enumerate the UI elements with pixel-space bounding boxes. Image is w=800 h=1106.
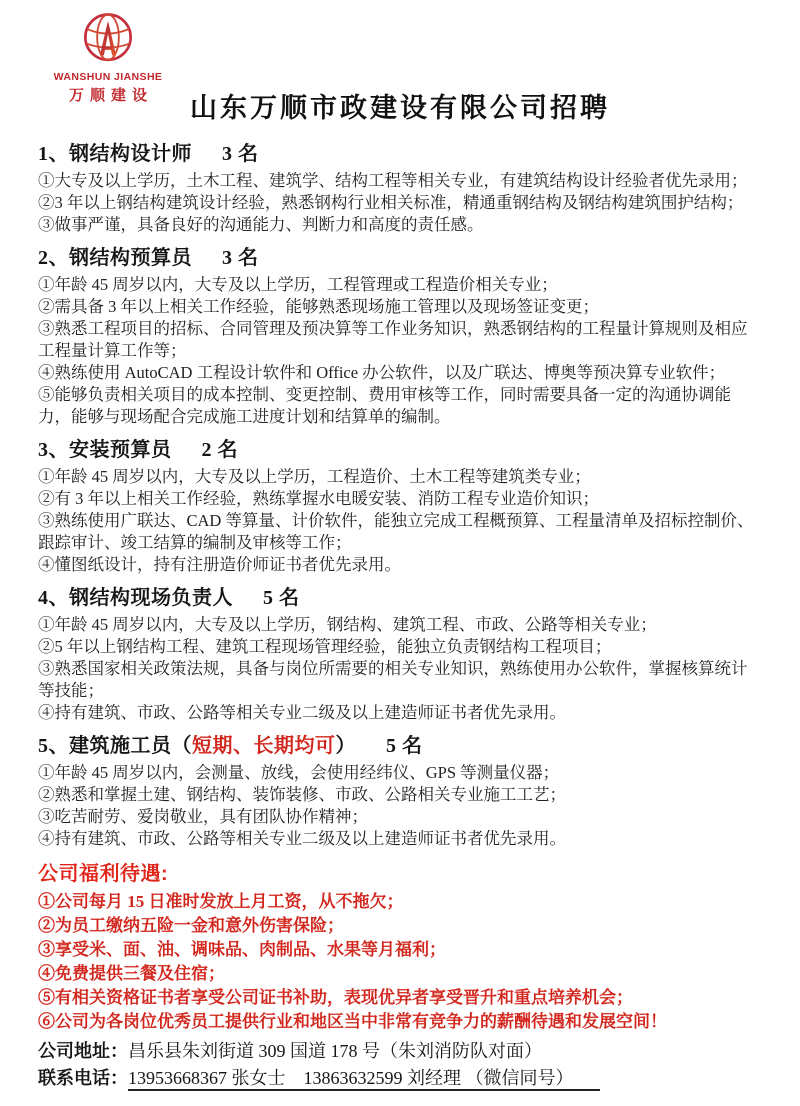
job-title: 5、建筑施工员（ [38, 735, 192, 757]
job-requirement: ③做事严谨，具备良好的沟通能力、判断力和高度的责任感。 [38, 214, 762, 236]
job-requirement: ③熟悉国家相关政策法规，具备与岗位所需要的相关专业知识，熟练使用办公软件，掌握核… [38, 658, 762, 702]
benefit-item: ④免费提供三餐及住宿； [38, 962, 762, 986]
benefit-item: ①公司每月 15 日准时发放上月工资，从不拖欠； [38, 890, 762, 914]
job-requirement: ④持有建筑、市政、公路等相关专业二级及以上建造师证书者优先录用。 [38, 828, 762, 850]
job-title: 4、钢结构现场负责人 [38, 587, 233, 609]
job-requirement: ④持有建筑、市政、公路等相关专业二级及以上建造师证书者优先录用。 [38, 702, 762, 724]
header: WANSHUN JIANSHE 万顺建设 山东万顺市政建设有限公司招聘 [0, 0, 800, 132]
job-section-1: 1、钢结构设计师3 名 ①大专及以上学历，土木工程、建筑学、结构工程等相关专业，… [38, 142, 762, 236]
job-requirement: ②熟悉和掌握土建、钢结构、装饰装修、市政、公路相关专业施工工艺； [38, 784, 762, 806]
job-heading-3: 3、安装预算员2 名 [38, 438, 762, 462]
phone-line: 联系电话：13953668367 张女士 13863632599 刘经理 （微信… [38, 1065, 762, 1092]
job-requirement: ①大专及以上学历，土木工程、建筑学、结构工程等相关专业，有建筑结构设计经验者优先… [38, 170, 762, 192]
job-requirement: ⑤能够负责相关项目的成本控制、变更控制、费用审核等工作，同时需要具备一定的沟通协… [38, 384, 762, 428]
footer: 公司地址：昌乐县朱刘街道 309 国道 178 号（朱刘消防队对面） 联系电话：… [38, 1038, 762, 1092]
job-title: 1、钢结构设计师 [38, 143, 192, 165]
benefit-item: ③享受米、面、油、调味品、肉制品、水果等月福利； [38, 938, 762, 962]
job-count: 3 名 [222, 247, 259, 269]
page-title: 山东万顺市政建设有限公司招聘 [0, 86, 800, 125]
job-requirement: ②有 3 年以上相关工作经验，熟练掌握水电暖安装、消防工程专业造价知识； [38, 488, 762, 510]
job-count: 5 名 [263, 587, 300, 609]
phone-value: 13953668367 张女士 13863632599 刘经理 （微信同号） [128, 1068, 600, 1091]
job-requirement: ①年龄 45 周岁以内，大专及以上学历，工程管理或工程造价相关专业； [38, 274, 762, 296]
job-section-5: 5、建筑施工员（短期、长期均可）5 名 ①年龄 45 周岁以内，会测量、放线，会… [38, 734, 762, 850]
job-requirement: ①年龄 45 周岁以内，大专及以上学历，钢结构、建筑工程、市政、公路等相关专业； [38, 614, 762, 636]
recruitment-flyer: { "colors": { "accent_red": "#d2251c", "… [0, 0, 800, 1106]
benefit-item: ②为员工缴纳五险一金和意外伤害保险； [38, 914, 762, 938]
job-count: 5 名 [386, 735, 423, 757]
job-requirement: ①年龄 45 周岁以内，会测量、放线，会使用经纬仪、GPS 等测量仪器； [38, 762, 762, 784]
job-requirement: ①年龄 45 周岁以内，大专及以上学历，工程造价、土木工程等建筑类专业； [38, 466, 762, 488]
globe-tower-icon [79, 10, 137, 68]
job-section-3: 3、安装预算员2 名 ①年龄 45 周岁以内，大专及以上学历，工程造价、土木工程… [38, 438, 762, 576]
job-count: 3 名 [222, 143, 259, 165]
address-label: 公司地址： [38, 1041, 128, 1061]
job-heading-5: 5、建筑施工员（短期、长期均可）5 名 [38, 734, 762, 758]
job-heading-4: 4、钢结构现场负责人5 名 [38, 586, 762, 610]
job-requirement: ④懂图纸设计，持有注册造价师证书者优先录用。 [38, 554, 762, 576]
job-heading-1: 1、钢结构设计师3 名 [38, 142, 762, 166]
job-requirement: ②3 年以上钢结构建筑设计经验，熟悉钢构行业相关标准，精通重钢结构及钢结构建筑围… [38, 192, 762, 214]
job-heading-2: 2、钢结构预算员3 名 [38, 246, 762, 270]
job-title: 3、安装预算员 [38, 439, 172, 461]
job-title: 2、钢结构预算员 [38, 247, 192, 269]
benefit-item: ⑤有相关资格证书者享受公司证书补助，表现优异者享受晋升和重点培养机会； [38, 986, 762, 1010]
job-requirement: ③熟练使用广联达、CAD 等算量、计价软件，能独立完成工程概预算、工程量清单及招… [38, 510, 762, 554]
address-line: 公司地址：昌乐县朱刘街道 309 国道 178 号（朱刘消防队对面） [38, 1038, 762, 1065]
job-section-4: 4、钢结构现场负责人5 名 ①年龄 45 周岁以内，大专及以上学历，钢结构、建筑… [38, 586, 762, 724]
job-requirement: ③熟悉工程项目的招标、合同管理及预决算等工作业务知识，熟悉钢结构的工程量计算规则… [38, 318, 762, 362]
phone-label: 联系电话： [38, 1068, 128, 1088]
benefit-item: ⑥公司为各岗位优秀员工提供行业和地区当中非常有竞争力的薪酬待遇和发展空间！ [38, 1010, 762, 1034]
job-requirement: ②需具备 3 年以上相关工作经验，能够熟悉现场施工管理以及现场签证变更； [38, 296, 762, 318]
logo-text-en: WANSHUN JIANSHE [40, 71, 176, 83]
address-value: 昌乐县朱刘街道 309 国道 178 号（朱刘消防队对面） [128, 1041, 542, 1061]
job-count: 2 名 [202, 439, 239, 461]
job-requirement: ③吃苦耐劳、爱岗敬业，具有团队协作精神； [38, 806, 762, 828]
benefits-heading: 公司福利待遇: [38, 862, 762, 886]
job-title-highlight: 短期、长期均可 [192, 735, 336, 757]
job-requirement: ②5 年以上钢结构工程、建筑工程现场管理经验，能独立负责钢结构工程项目； [38, 636, 762, 658]
flyer-body: 1、钢结构设计师3 名 ①大专及以上学历，土木工程、建筑学、结构工程等相关专业，… [0, 142, 800, 1092]
job-section-2: 2、钢结构预算员3 名 ①年龄 45 周岁以内，大专及以上学历，工程管理或工程造… [38, 246, 762, 428]
job-title-suffix: ） [336, 735, 357, 757]
benefits-section: 公司福利待遇: ①公司每月 15 日准时发放上月工资，从不拖欠； ②为员工缴纳五… [38, 862, 762, 1034]
job-requirement: ④熟练使用 AutoCAD 工程设计软件和 Office 办公软件，以及广联达、… [38, 362, 762, 384]
